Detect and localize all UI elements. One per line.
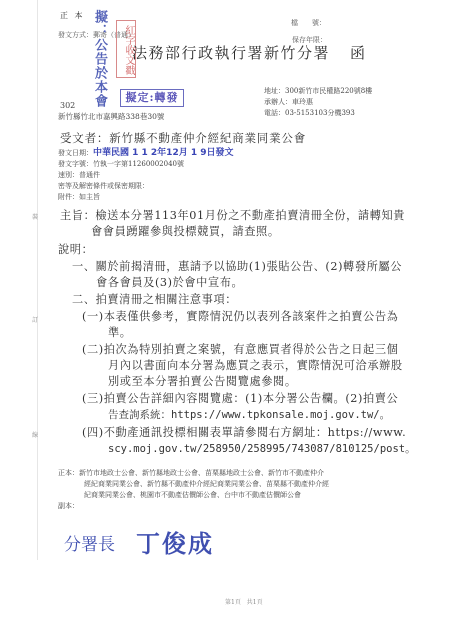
attachment-label: 附件： [58, 193, 79, 201]
original-text-1: 新竹市地政士公會、新竹縣地政士公會、苗栗縣地政士公會、新竹市不動產仲介 [79, 469, 324, 477]
doc-number: 竹執一字第11260002040號 [93, 160, 184, 168]
copy-recipients: 副本： [58, 501, 329, 512]
margin-mark-bind: 裝 [32, 212, 38, 221]
sub-item-3-line-2: 告查詢系統：https://www.tpkonsale.moj.gov.tw/。 [108, 408, 390, 423]
sub-item-2-line-3: 別或至本分署拍賣公告閱覽處參閱。 [108, 374, 297, 389]
date-stamp: 中華民國 1 1 2年12月 1 9日發文 [93, 148, 234, 158]
original-text-2: 經紀商業同業公會、新竹縣不動產仲介經紀商業同業公會、苗栗縣不動產仲介經 [58, 479, 329, 490]
agency-name: 法務部行政執行署新竹分署 [132, 44, 330, 62]
attachment-row: 附件：如主旨 [58, 192, 234, 203]
doc-type: 函 [350, 44, 367, 62]
subject-text-2: 會會員踴躍參與投標競買，請查照。 [91, 224, 280, 239]
subject-label: 主旨： [60, 209, 95, 222]
subject-line-1: 主旨：檢送本分署113年01月份之不動產拍賣清冊全份，請轉知貴 [60, 208, 405, 223]
confidential-label: 密等及解密條件或保密期限： [58, 182, 149, 190]
speed-label: 速別： [58, 171, 79, 179]
page-total: 共1頁 [247, 599, 263, 606]
page-footer: 第1頁 共1頁 [225, 597, 263, 606]
sub-item-2-line-1: (二)拍次為特別拍賣之案號，有意應買者得於公告之日起三個 [82, 342, 398, 357]
date-row: 發文日期：中華民國 1 1 2年12月 1 9日發文 [58, 148, 234, 159]
speed-value: 普通件 [79, 171, 100, 179]
recipient-label: 受文者： [60, 131, 109, 145]
contact-phone: 電話：03-5153103分機393 [264, 108, 372, 119]
recipient-address: 新竹縣竹北市嘉興路338巷30號 [58, 111, 164, 122]
subject-text-1: 檢送本分署113年01月份之不動產拍賣清冊全份，請轉知貴 [95, 209, 405, 222]
margin-mark-staple: 訂 [32, 315, 38, 324]
speed-row: 速別：普通件 [58, 170, 234, 181]
recipient-name: 新竹縣不動產仲介經紀商業同業公會 [109, 131, 306, 145]
agency-title: 法務部行政執行署新竹分署函 [132, 42, 367, 63]
doc-number-row: 發文字號：竹執一字第11260002040號 [58, 159, 234, 170]
doc-number-label: 發文字號： [58, 160, 93, 168]
attachment-value: 如主旨 [79, 193, 100, 201]
sender-address: 地址：300新竹市民權路220號8樓 [264, 86, 372, 97]
sub-item-3-line-1: (三)拍賣公告詳細內容閱覽處：(1)本分署公告欄。(2)拍賣公 [82, 391, 398, 406]
signature-title: 分署長 [64, 530, 115, 555]
sub-item-1-line-2: 準。 [108, 325, 132, 340]
file-number-label: 檔 號： [291, 18, 326, 28]
vertical-approval-stamp: 擬：公告於本會 [92, 10, 106, 108]
date-label: 發文日期： [58, 149, 93, 157]
recipient-line: 受文者：新竹縣不動產仲介經紀商業同業公會 [60, 130, 306, 146]
signature-name: 丁俊成 [136, 524, 214, 559]
dispatch-method-label: 發文方式： [58, 31, 93, 39]
original-recipients: 正本：新竹市地政士公會、新竹縣地政士公會、苗栗縣地政士公會、新竹市不動產仲介 經… [58, 468, 329, 512]
explanation-item-2: 二、拍賣清冊之相關注意事項： [72, 292, 237, 307]
sub-item-4-line-1: (四)不動產通訊投標相關表單請參閱右方網址：https://www. [82, 425, 406, 440]
original-label: 正本： [58, 469, 79, 477]
postal-code: 302 [60, 101, 75, 110]
sender-contact: 地址：300新竹市民權路220號8樓 承辦人：車玲惠 電話：03-5153103… [264, 86, 372, 119]
document-meta: 發文日期：中華民國 1 1 2年12月 1 9日發文 發文字號：竹執一字第112… [58, 148, 234, 203]
original-text-3: 紀商業同業公會、桃園市不動產估價師公會、台中市不動產估價師公會 [58, 490, 329, 501]
sub-item-4-line-2: scy.moj.gov.tw/258950/258995/743087/8101… [108, 442, 416, 457]
explanation-label: 說明： [58, 242, 93, 257]
explanation-item-1-line-1: 一、關於前揭清冊，惠請予以協助(1)張貼公告、(2)轉發所屬公 [72, 259, 402, 274]
original-line-1: 正本：新竹市地政士公會、新竹縣地政士公會、苗栗縣地政士公會、新竹市不動產仲介 [58, 468, 329, 479]
margin-mark-line: 線 [32, 430, 38, 439]
sub-item-1-line-1: (一)本表僅供參考，實際情況仍以表列各該案件之拍賣公告為 [82, 309, 398, 324]
explanation-item-1-line-2: 會各會員及(3)於會中宣布。 [96, 275, 243, 290]
page-number: 第1頁 [225, 599, 241, 606]
sub-item-2-line-2: 月內以書面向本分署為應買之表示，實際情況可洽承辦股 [108, 358, 403, 373]
forward-decision-stamp: 擬定:轉發 [120, 89, 184, 107]
binding-line [37, 0, 38, 560]
contact-person: 承辦人：車玲惠 [264, 97, 372, 108]
confidential-row: 密等及解密條件或保密期限： [58, 181, 234, 192]
copy-type: 正 本 [60, 10, 85, 21]
